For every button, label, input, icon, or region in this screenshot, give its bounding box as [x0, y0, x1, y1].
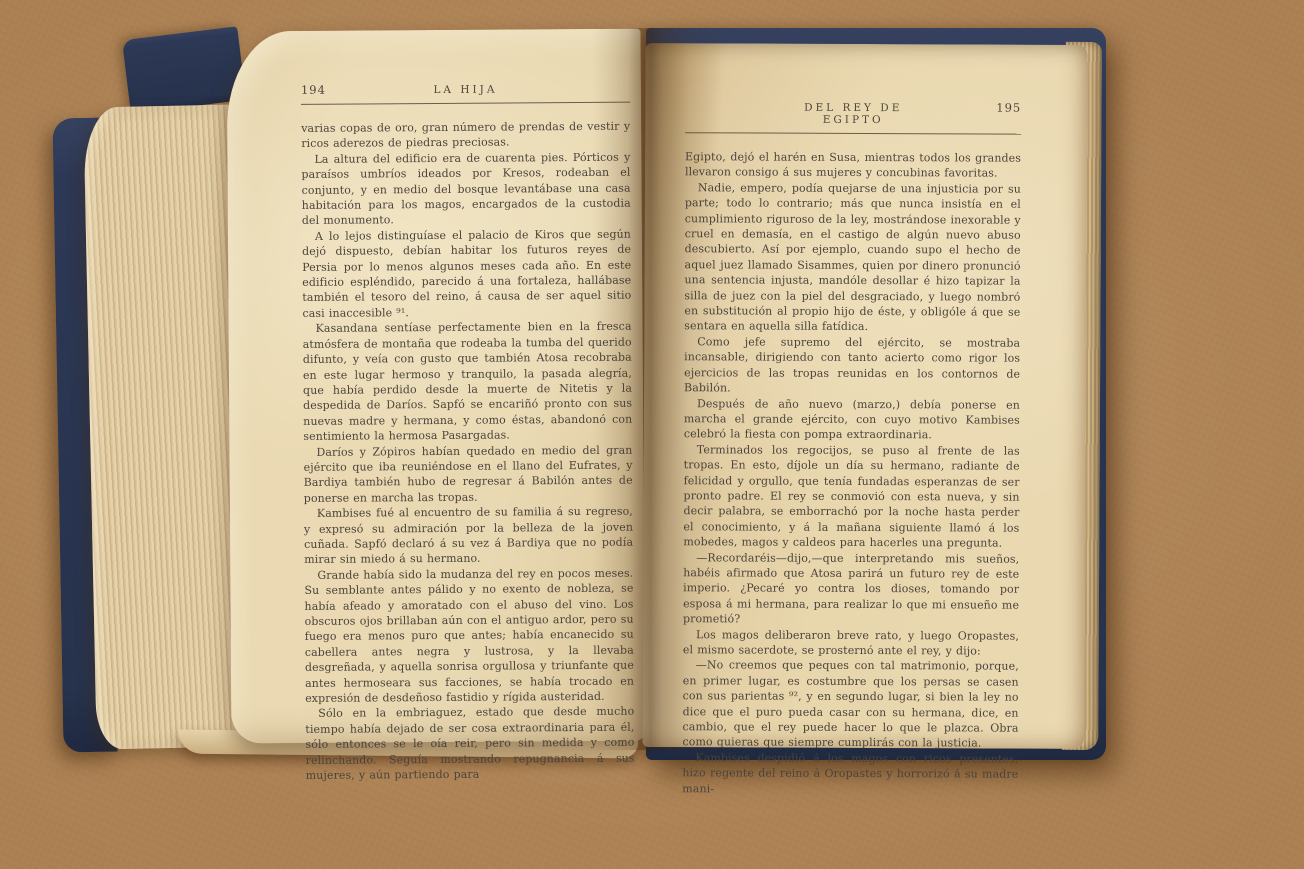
page-number-left: 194	[301, 82, 411, 97]
paragraph: —Recordaréis—dijo,—que interpretando mis…	[683, 550, 1019, 628]
open-book-scene: 194 LA HIJA varias copas de oro, gran nú…	[0, 0, 1304, 869]
paragraph: Sólo en la embriaguez, estado que desde …	[305, 704, 635, 783]
paragraph: Egipto, dejó el harén en Susa, mientras …	[685, 149, 1021, 181]
paragraph: Nadie, empero, podía quejarse de una inj…	[684, 180, 1021, 336]
paragraph: —No creemos que peques con tal matrimoni…	[682, 658, 1018, 752]
paragraph: Daríos y Zópiros habían quedado en medio…	[303, 442, 632, 506]
paragraph: Kasandana sentíase perfectamente bien en…	[303, 319, 633, 445]
paragraph: varias copas de oro, gran número de pren…	[301, 119, 630, 152]
paragraph: Kambises despidió á los magos con ricos …	[682, 750, 1018, 798]
right-page: DEL REY DE EGIPTO 195 Egipto, dejó el ha…	[642, 43, 1087, 749]
paragraph: La altura del edificio era de cuarenta p…	[301, 149, 631, 228]
paragraph: Los magos deliberaron breve rato, y lueg…	[683, 627, 1019, 659]
paragraph: Kambises fué al encuentro de su familia …	[304, 504, 633, 568]
running-head-left: 194 LA HIJA	[301, 81, 630, 105]
page-edges-left-stack	[83, 104, 248, 749]
left-page: 194 LA HIJA varias copas de oro, gran nú…	[227, 29, 646, 744]
paragraph: Grande había sido la mudanza del rey en …	[304, 565, 634, 706]
paragraph: Como jefe supremo del ejército, se mostr…	[684, 334, 1020, 397]
right-page-text-column: Egipto, dejó el harén en Susa, mientras …	[682, 149, 1021, 798]
running-head-spacer	[520, 92, 630, 93]
page-number-right: 195	[909, 100, 1021, 114]
running-head-title-right: DEL REY DE EGIPTO	[797, 102, 909, 126]
left-page-text-column: varias copas de oro, gran número de pren…	[301, 119, 635, 784]
paragraph: Después de año nuevo (marzo,) debía pone…	[684, 396, 1020, 444]
running-head-title-left: LA HIJA	[411, 83, 521, 96]
running-head-right: DEL REY DE EGIPTO 195	[685, 99, 1021, 134]
paragraph: A lo lejos distinguíase el palacio de Ki…	[302, 226, 632, 321]
paragraph: Terminados los regocijos, se puso al fre…	[683, 442, 1019, 551]
book-photo-background: { "colors": { "background": "#b1875a", "…	[0, 0, 1304, 869]
